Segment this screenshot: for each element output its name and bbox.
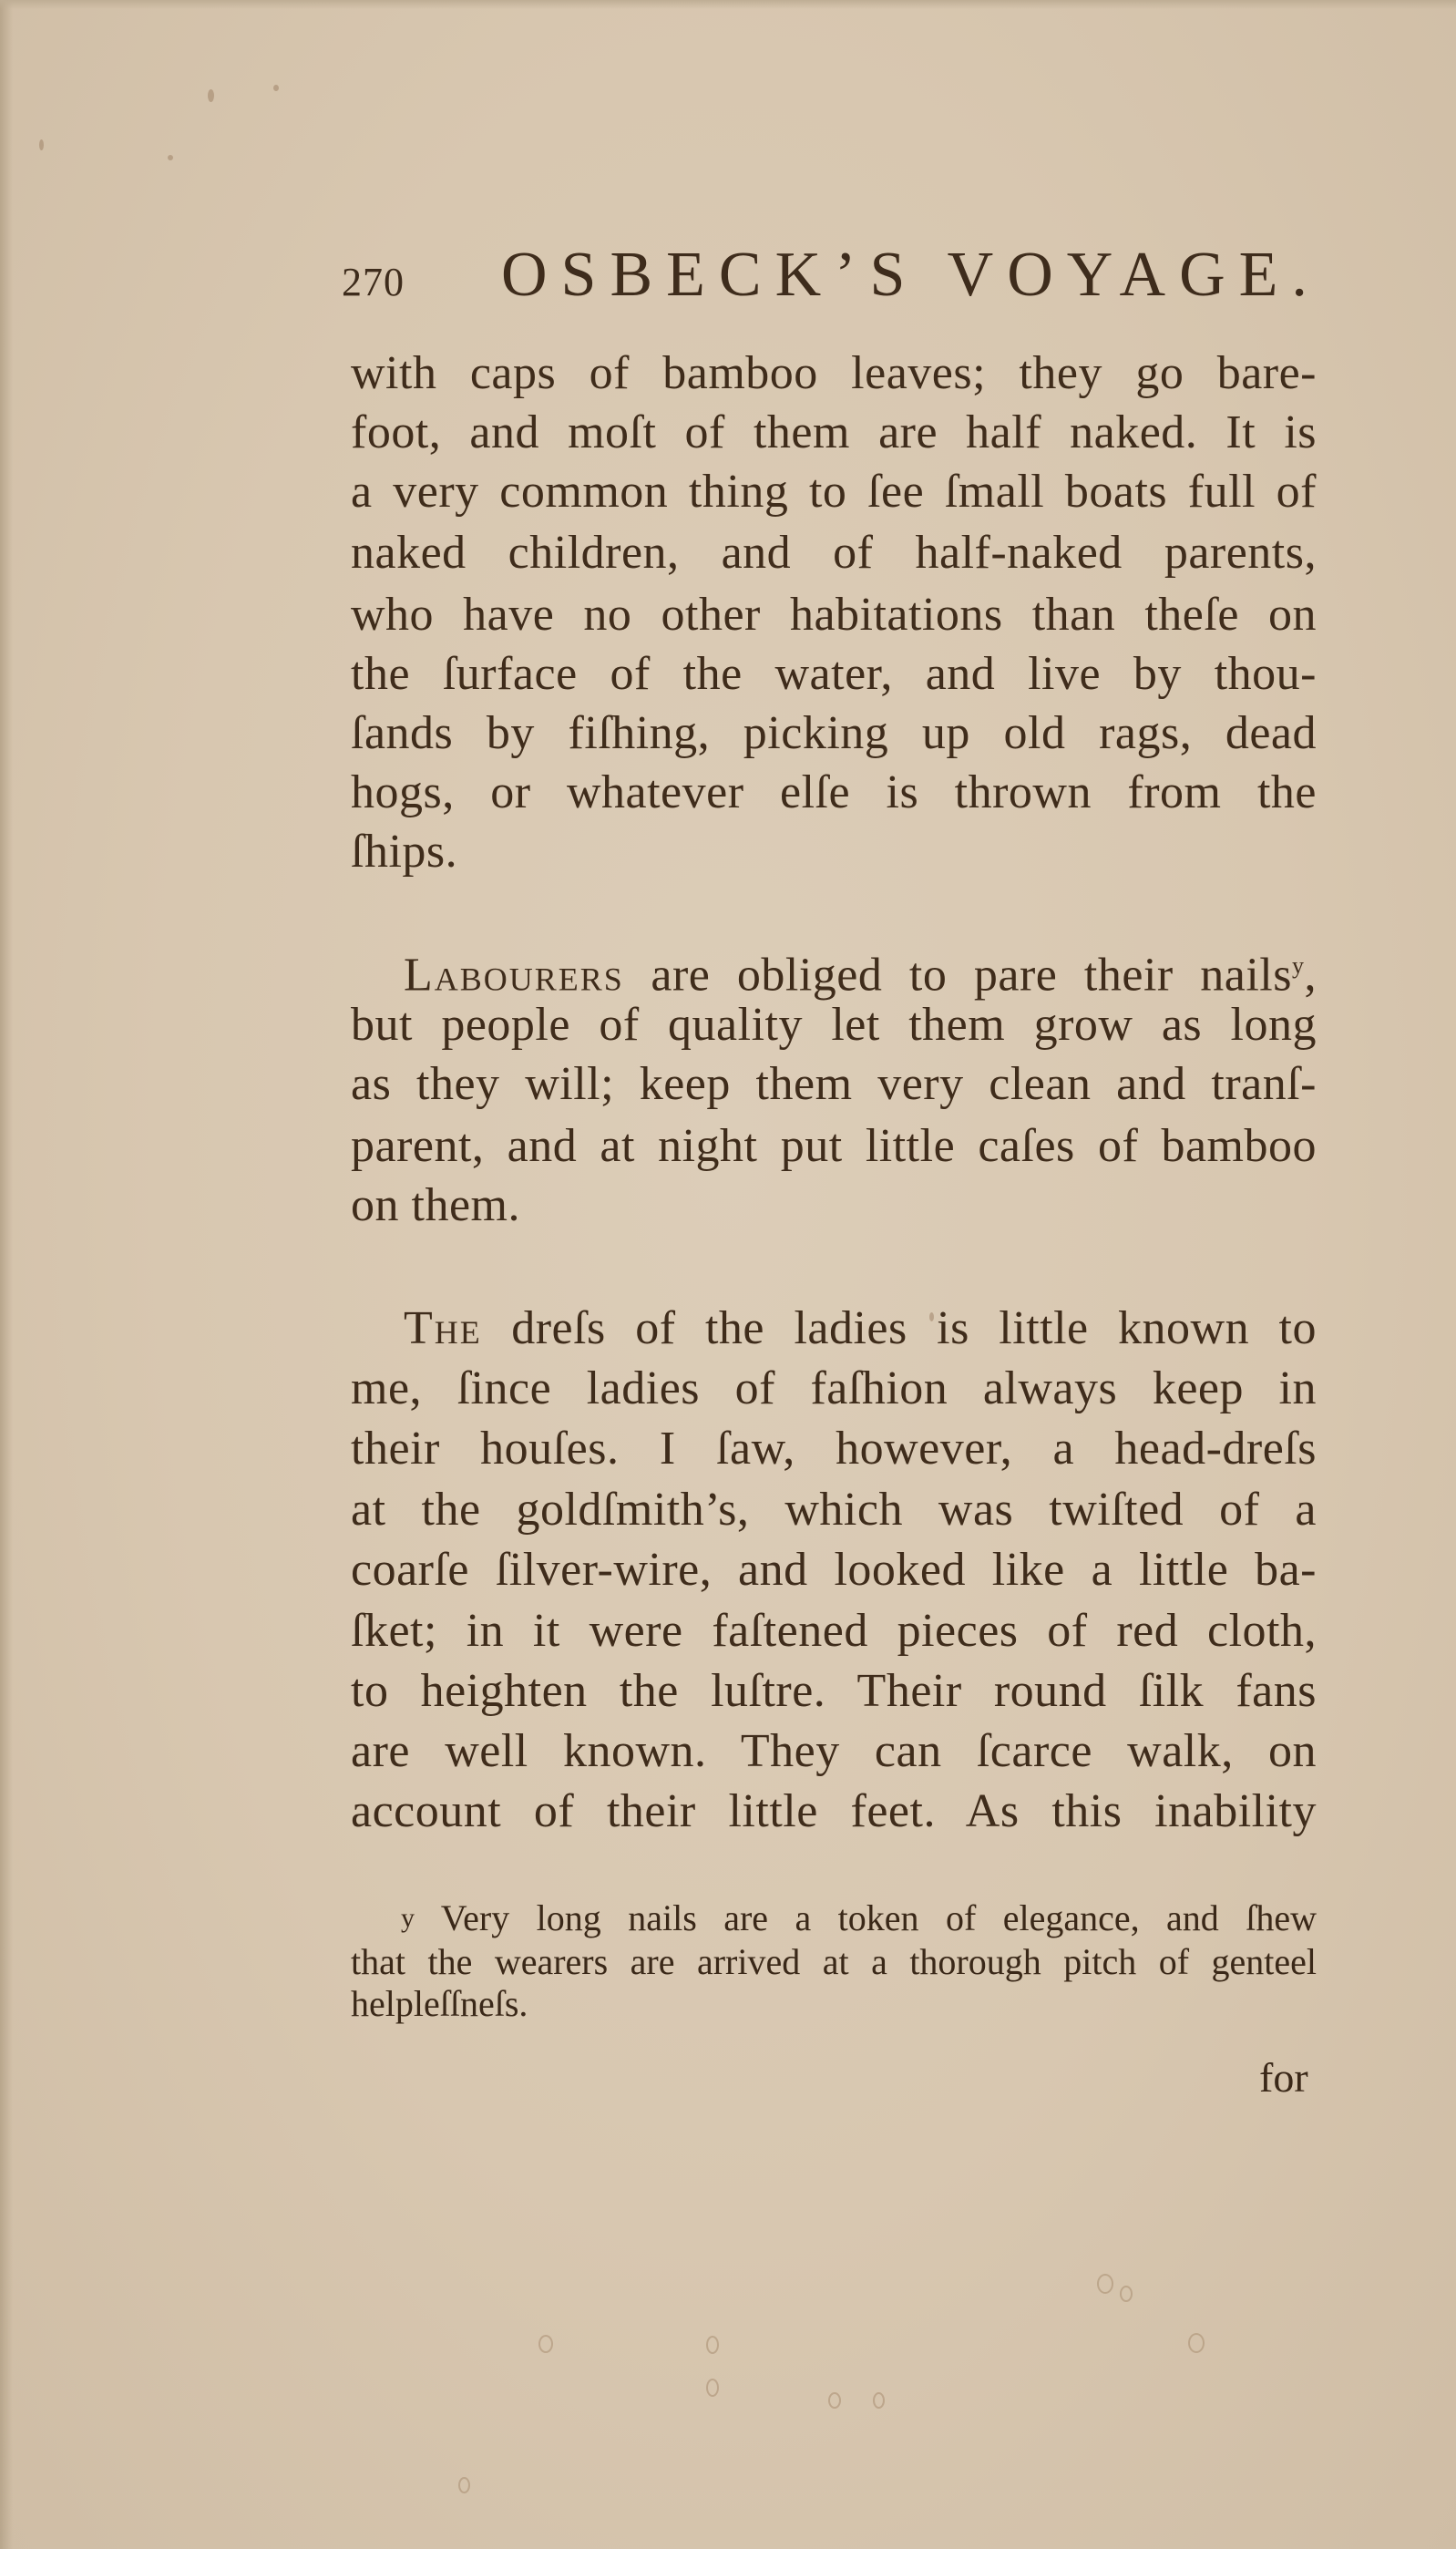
small-caps-lead: Labourers [404,949,624,1001]
text-line: coarſe ſilver-wire, and looked like a li… [351,1543,1317,1598]
text-line: who have no other habitations than theſe… [351,588,1317,642]
text-line: naked children, and of half-naked parent… [351,526,1317,581]
small-caps-lead: The [404,1302,482,1354]
paper-speck [929,1312,934,1321]
footnote-line: that the wearers are arrived at a thorou… [351,1941,1317,1983]
paper-flaw [873,2392,885,2409]
book-page: 270 OSBECK’S VOYAGE. with caps of bamboo… [0,0,1456,2549]
text-line: ſhips. [351,825,1317,879]
text-line: at the goldſmith’s, which was twiſted of… [351,1483,1317,1537]
page-number: 270 [342,259,405,305]
paper-flaw [706,2336,719,2354]
text-line: me, ſince ladies of faſhion always keep … [351,1362,1317,1416]
paper-flaw [538,2335,553,2353]
text-line: parent, and at night put little caſes of… [351,1119,1317,1174]
text-line: ſket; in it were faſtened pieces of red … [351,1604,1317,1659]
paper-speck [273,85,279,91]
text-line: ſands by fiſhing, picking up old rags, d… [351,706,1317,761]
text-line: foot, and moſt of them are half naked. I… [351,406,1317,460]
paper-flaw [828,2392,841,2409]
text-line: on them. [351,1178,1317,1233]
comma: , [1305,949,1318,1001]
paper-speck [39,139,44,150]
line-text: are obliged to pare their nails [624,949,1292,1001]
running-header: 270 OSBECK’S VOYAGE. [342,239,1344,303]
paper-flaw [1120,2286,1133,2302]
footnote-line: y Very long nails are a token of eleganc… [401,1897,1317,1939]
text-line: the ſurface of the water, and live by th… [351,647,1317,702]
paper-speck [168,155,173,160]
paper-flaw [458,2477,470,2493]
text-line: The dreſs of the ladies is little known … [404,1301,1317,1356]
text-line: Labourers are obliged to pare their nail… [404,939,1317,1002]
footnote-marker: y [401,1903,415,1933]
text-line: a very common thing to ſee ſmall boats f… [351,465,1317,519]
text-line: hogs, or whatever elſe is thrown from th… [351,766,1317,820]
text-line: but people of quality let them grow as l… [351,998,1317,1053]
paper-flaw [706,2379,719,2397]
line-text: dreſs of the ladies is little known to [482,1302,1317,1354]
text-line: account of their little feet. As this in… [351,1784,1317,1839]
text-line: their houſes. I ſaw, however, a head-dre… [351,1422,1317,1476]
paper-flaw [1097,2274,1113,2294]
text-line: are well known. They can ſcarce walk, on [351,1724,1317,1779]
paper-flaw [1188,2333,1205,2353]
footnote-text: Very long nails are a token of elegance,… [441,1897,1317,1938]
paper-speck [208,89,214,102]
running-title: OSBECK’S VOYAGE. [501,239,1321,312]
footnote-reference: y [1292,952,1305,979]
catchword: for [1259,2053,1308,2102]
text-line: to heighten the luſtre. Their round ſilk… [351,1664,1317,1719]
text-line: with caps of bamboo leaves; they go bare… [351,346,1317,401]
text-line: as they will; keep them very clean and t… [351,1057,1317,1112]
footnote-line: helpleſſneſs. [351,1983,1317,2025]
